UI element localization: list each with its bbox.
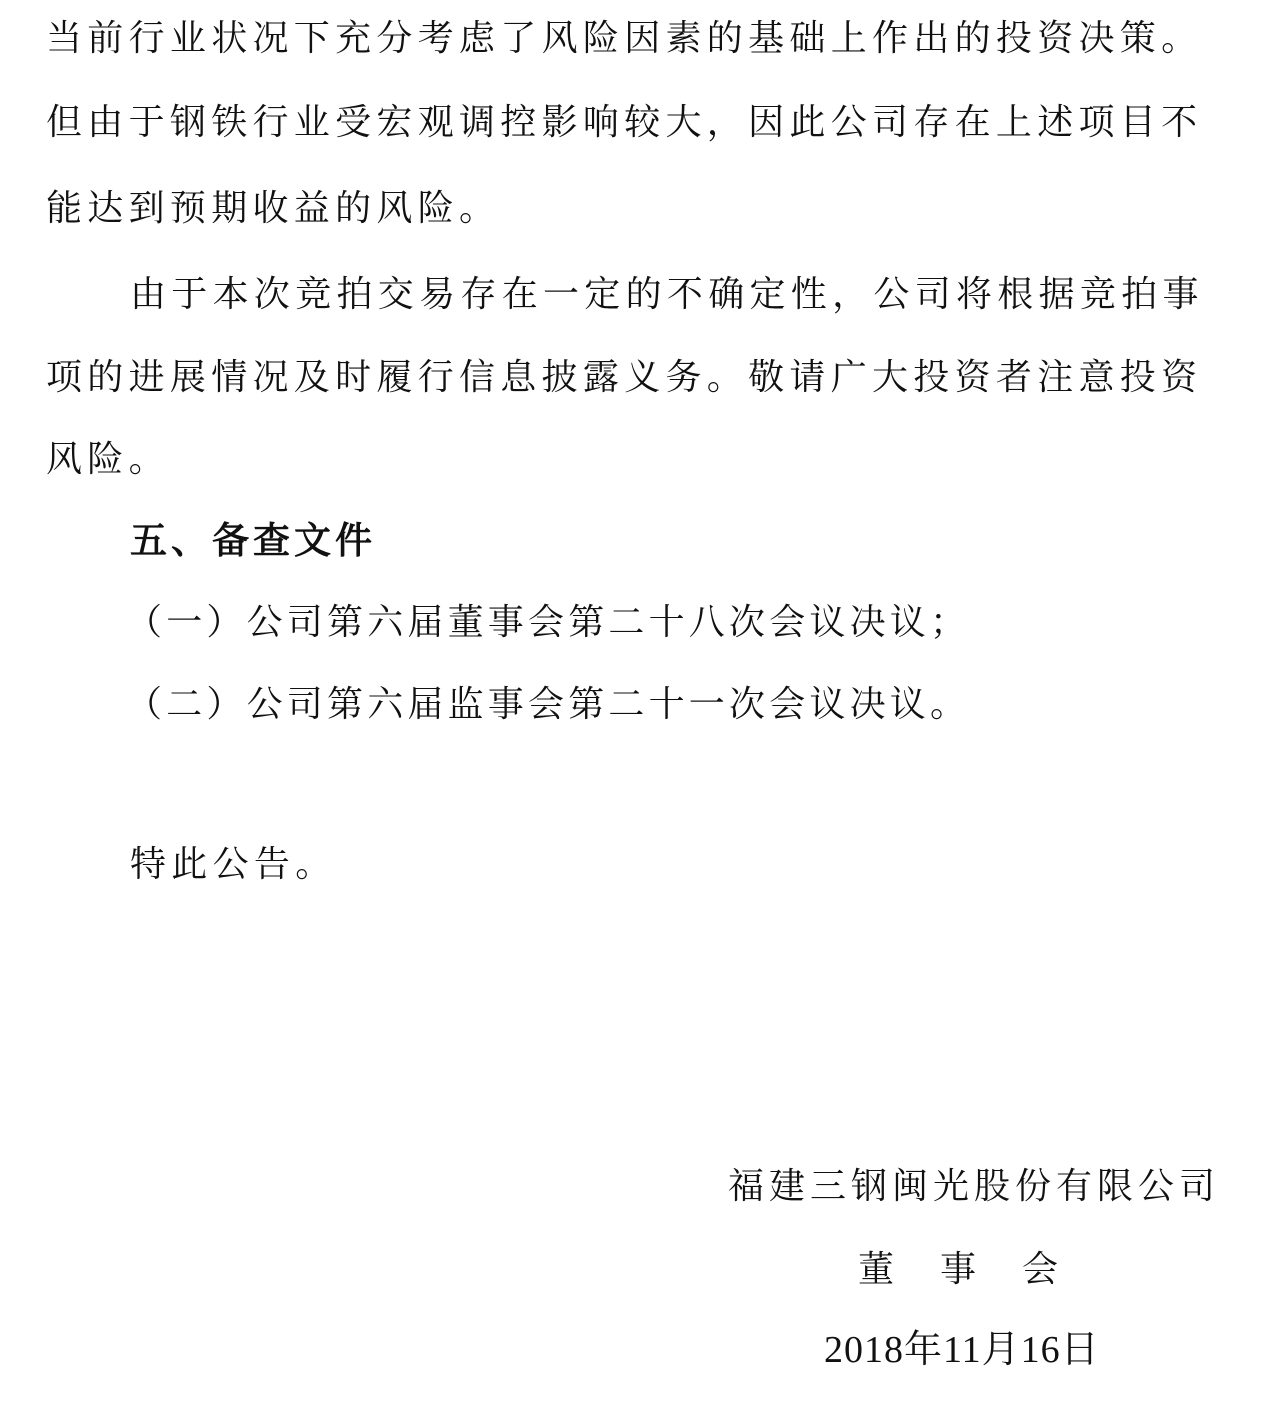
paragraph1-line1: 当前行业状况下充分考虑了风险因素的基础上作出的投资决策。 bbox=[46, 14, 1202, 64]
paragraph2-line1: 由于本次竞拍交易存在一定的不确定性，公司将根据竞拍事 bbox=[130, 270, 1204, 320]
paragraph1-line2: 但由于钢铁行业受宏观调控影响较大，因此公司存在上述项目不 bbox=[46, 98, 1202, 148]
reference-item-2: （二）公司第六届监事会第二十一次会议决议。 bbox=[126, 680, 970, 730]
paragraph1-line3: 能达到预期收益的风险。 bbox=[46, 184, 500, 234]
section-heading: 五、备查文件 bbox=[130, 516, 376, 566]
paragraph2-line3: 风险。 bbox=[46, 435, 170, 485]
signature-date: 2018年11月16日 bbox=[824, 1325, 1100, 1375]
paragraph2-line2: 项的进展情况及时履行信息披露义务。敬请广大投资者注意投资 bbox=[46, 353, 1202, 403]
signature-board: 董事会 bbox=[858, 1245, 1104, 1295]
closing-statement: 特此公告。 bbox=[130, 840, 337, 890]
signature-company: 福建三钢闽光股份有限公司 bbox=[728, 1162, 1220, 1212]
reference-item-1: （一）公司第六届董事会第二十八次会议决议； bbox=[126, 598, 970, 648]
